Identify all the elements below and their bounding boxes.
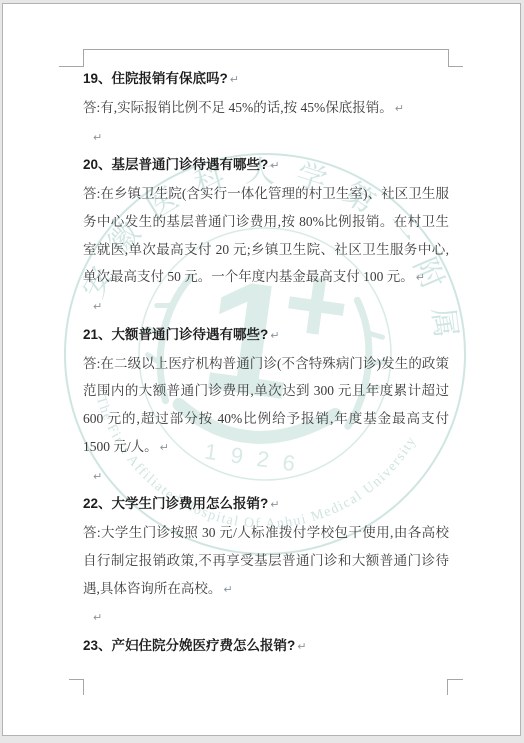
crop-mark-top-right [448,66,463,67]
qa-answer: 答:在乡镇卫生院(含实行一体化管理的村卫生室)、社区卫生服务中心发生的基层普通门… [83,180,449,292]
paper: 安徽医科大学第一附属医院 The First Affiliated Hospit… [2,3,521,736]
empty-paragraph: ↵ [83,292,449,321]
question-text: 19、住院报销有保底吗? [83,71,228,86]
qa-item: 22、大学生门诊费用怎么报销?↵ 答:大学生门诊按照 30 元/人标准拨付学校包… [83,490,449,632]
qa-question: 19、住院报销有保底吗?↵ [83,65,449,94]
paragraph-mark-icon: ↵ [158,441,169,454]
question-text: 21、大额普通门诊待遇有哪些? [83,327,268,342]
crop-mark-bottom-left [69,679,84,680]
qa-answer: 答:大学生门诊按照 30 元/人标准拨付学校包干使用,由各高校自行制定报销政策,… [83,519,449,603]
qa-answer: 答:有,实际报销比例不足 45%的话,按 45%保底报销。↵ [83,94,449,123]
top-margin-line [83,49,448,50]
question-text: 22、大学生门诊费用怎么报销? [83,496,268,511]
crop-mark-bottom-right [447,679,448,695]
paragraph-mark-icon: ↵ [295,640,306,653]
qa-question: 21、大额普通门诊待遇有哪些?↵ [83,321,449,350]
empty-paragraph: ↵ [83,603,449,632]
paragraph-mark-icon: ↵ [228,73,239,86]
paragraph-mark-icon: ↵ [91,611,102,624]
answer-text: 答:在二级以上医疗机构普通门诊(不含特殊病门诊)发生的政策范围内的大额普通门诊费… [83,356,449,454]
document-body: 19、住院报销有保底吗?↵ 答:有,实际报销比例不足 45%的话,按 45%保底… [83,65,449,661]
paragraph-mark-icon: ↵ [91,470,102,483]
qa-question: 22、大学生门诊费用怎么报销?↵ [83,490,449,519]
paragraph-mark-icon: ↵ [268,498,279,511]
crop-mark-bottom-right [447,679,463,680]
qa-item: 23、产妇住院分娩医疗费怎么报销?↵ [83,632,449,661]
question-text: 20、基层普通门诊待遇有哪些? [83,157,268,172]
paragraph-mark-icon: ↵ [91,300,102,313]
qa-item: 21、大额普通门诊待遇有哪些?↵ 答:在二级以上医疗机构普通门诊(不含特殊病门诊… [83,321,449,491]
qa-answer: 答:在二级以上医疗机构普通门诊(不含特殊病门诊)发生的政策范围内的大额普通门诊费… [83,350,449,462]
question-text: 23、产妇住院分娩医疗费怎么报销? [83,638,295,653]
paragraph-mark-icon: ↵ [414,271,425,284]
qa-item: 20、基层普通门诊待遇有哪些?↵ 答:在乡镇卫生院(含实行一体化管理的村卫生室)… [83,151,449,321]
qa-question: 23、产妇住院分娩医疗费怎么报销?↵ [83,632,449,661]
crop-mark-top-left [59,66,84,67]
answer-text: 答:有,实际报销比例不足 45%的话,按 45%保底报销。 [83,100,393,115]
empty-paragraph: ↵ [83,123,449,152]
paragraph-mark-icon: ↵ [268,329,279,342]
crop-mark-bottom-left [83,679,84,695]
qa-item: 19、住院报销有保底吗?↵ 答:有,实际报销比例不足 45%的话,按 45%保底… [83,65,449,151]
paragraph-mark-icon: ↵ [91,131,102,144]
answer-text: 答:在乡镇卫生院(含实行一体化管理的村卫生室)、社区卫生服务中心发生的基层普通门… [83,186,449,284]
paragraph-mark-icon: ↵ [393,102,404,115]
paragraph-mark-icon: ↵ [221,583,232,596]
empty-paragraph: ↵ [83,462,449,491]
qa-question: 20、基层普通门诊待遇有哪些?↵ [83,151,449,180]
answer-text: 答:大学生门诊按照 30 元/人标准拨付学校包干使用,由各高校自行制定报销政策,… [83,525,449,596]
paragraph-mark-icon: ↵ [268,159,279,172]
